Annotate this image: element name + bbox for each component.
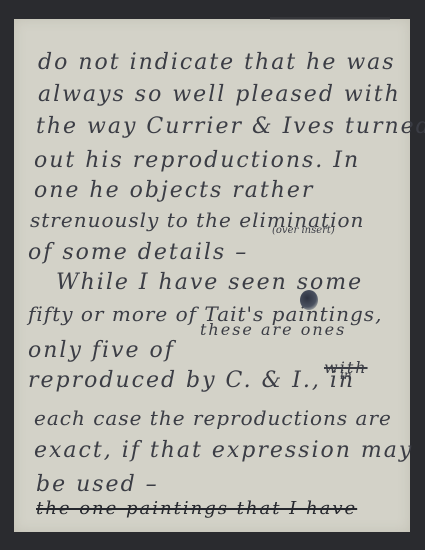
ink-blot <box>300 290 318 310</box>
insertion-over-insert: (over insert) <box>272 225 335 236</box>
text-line-8: While I have seen some <box>56 270 363 295</box>
text-line-14: be used – <box>36 472 159 497</box>
text-line-10: only five of <box>28 338 175 363</box>
text-line-11: reproduced by C. & I., in <box>28 368 355 393</box>
struck-word-with: with <box>324 358 368 377</box>
insertion-these-are-ones: these are ones <box>200 320 346 339</box>
struck-line-paintings: the one paintings that I have <box>36 498 357 519</box>
text-line-7: of some details – <box>28 240 248 265</box>
text-line-1: do not indicate that he was <box>38 50 396 75</box>
text-line-2: always so well pleased with <box>38 82 401 107</box>
text-line-3: the way Currier & Ives turned <box>36 114 425 139</box>
text-line-13: exact, if that expression may <box>34 438 413 463</box>
text-line-12: each case the reproductions are <box>34 406 392 430</box>
top-edge-smudge <box>270 17 390 20</box>
text-line-4: out his reproductions. In <box>34 148 360 173</box>
text-line-5: one he objects rather <box>34 178 314 203</box>
